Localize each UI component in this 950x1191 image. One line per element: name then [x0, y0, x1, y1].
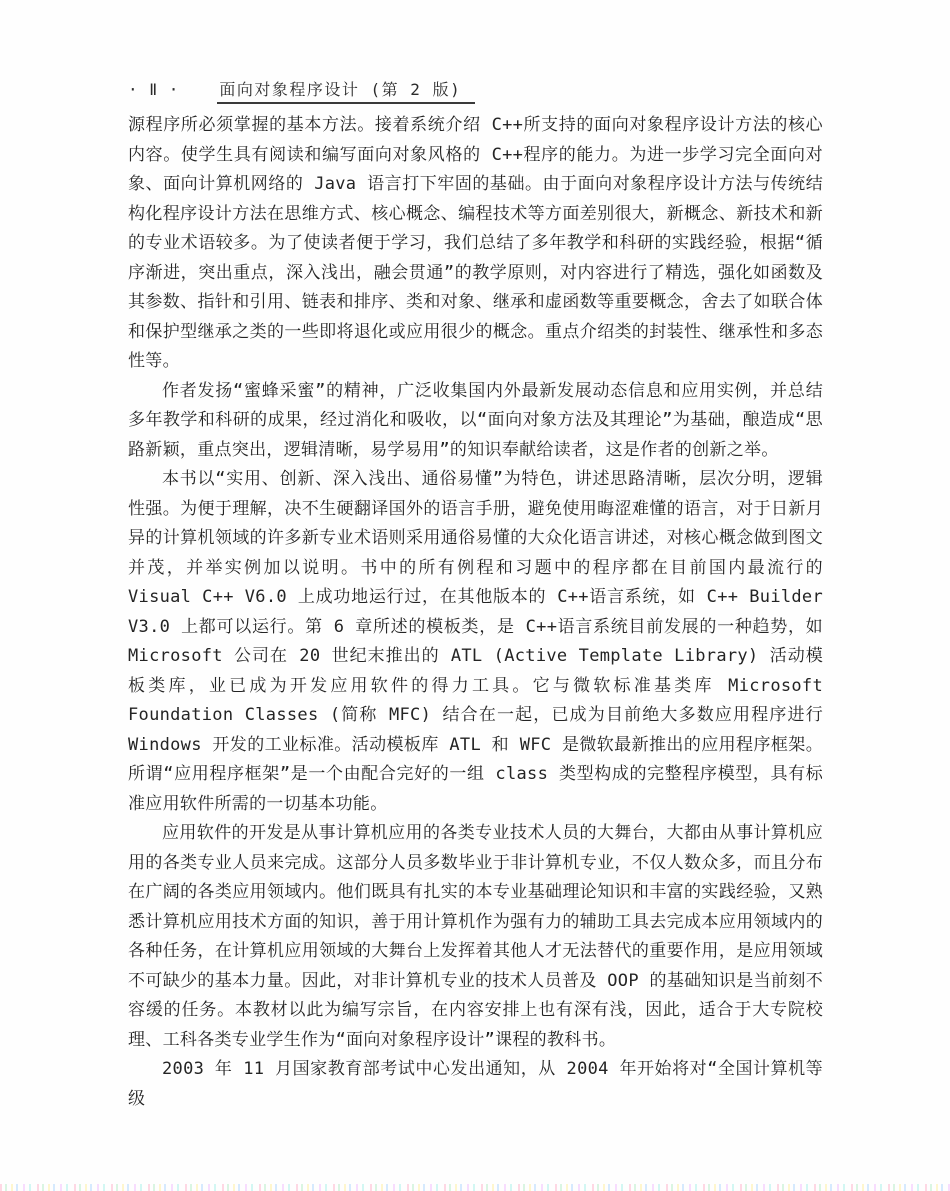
page-number: · Ⅱ · [128, 80, 179, 100]
paragraph-4: 应用软件的开发是从事计算机应用的各类专业技术人员的大舞台，大都由从事计算机应用的… [128, 819, 823, 1055]
body-text: 源程序所必须掌握的基本方法。接着系统介绍 C++所支持的面向对象程序设计方法的核… [128, 111, 823, 1114]
scanned-book-page: · Ⅱ · 面向对象程序设计 (第 2 版) 源程序所必须掌握的基本方法。接着系… [0, 0, 950, 1191]
paragraph-5: 2003 年 11 月国家教育部考试中心发出通知，从 2004 年开始将对“全国… [128, 1055, 823, 1114]
running-title: 面向对象程序设计 (第 2 版) [217, 80, 475, 104]
page-header: · Ⅱ · 面向对象程序设计 (第 2 版) [128, 80, 823, 104]
paragraph-3: 本书以“实用、创新、深入浅出、通俗易懂”为特色，讲述思路清晰，层次分明，逻辑性强… [128, 465, 823, 819]
paragraph-1: 源程序所必须掌握的基本方法。接着系统介绍 C++所支持的面向对象程序设计方法的核… [128, 111, 823, 377]
scan-noise-strip [0, 1184, 950, 1191]
paragraph-2: 作者发扬“蜜蜂采蜜”的精神，广泛收集国内外最新发展动态信息和应用实例，并总结多年… [128, 377, 823, 466]
